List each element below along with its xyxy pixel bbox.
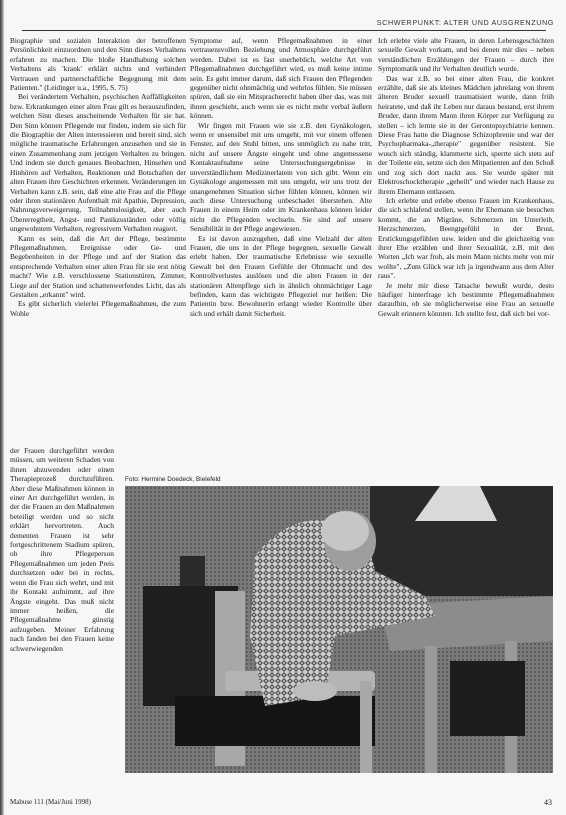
photograph-elderly-woman-at-table [125,486,553,773]
footer-publication: Mabuse 111 (Mai/Juni 1998) [10,798,91,806]
photo-credit: Foto: Hermine Doedeck, Bielefeld [125,476,221,483]
text-column-1: Biographie und sozialen Interaktion der … [10,36,186,318]
running-head: Schwerpunkt: Alter und Ausgrenzung [377,18,554,27]
paragraph: Symptome auf, wenn Pflegemaßnahmen in ei… [190,36,372,121]
paragraph: Wir fingen mit Frauen wie sie z.B. den G… [190,121,372,234]
text-column-1-continued: der Frauen durchgeführt werden müssen, u… [10,446,114,653]
header-rule [22,30,546,31]
paragraph: Je mehr mir diese Tatsache bewußt wurde,… [378,281,554,319]
paragraph: Kann es sein, daß die Art der Pflege, be… [10,234,186,300]
paragraph: der Frauen durchgeführt werden müssen, u… [10,446,114,653]
page-binding-edge [0,0,4,815]
paragraph: Ich erlebte viele alte Frauen, in deren … [378,36,554,74]
paragraph: Ich erlebte und erlebe ebenso Frauen im … [378,196,554,281]
paragraph: Biographie und sozialen Interaktion der … [10,36,186,92]
paragraph: Das war z.B. so bei einer alten Frau, di… [378,74,554,196]
paragraph: Es ist davon auszugehen, daß eine Vielza… [190,234,372,319]
page-number: 43 [544,798,552,807]
paragraph: Es gibt sicherlich vielerlei Pflegemaßna… [10,299,186,318]
paragraph: Bei verändertem Verhalten, psychischen A… [10,92,186,233]
photo-illustration [125,486,553,773]
text-column-3: Ich erlebte viele alte Frauen, in deren … [378,36,554,318]
text-column-2: Symptome auf, wenn Pflegemaßnahmen in ei… [190,36,372,318]
